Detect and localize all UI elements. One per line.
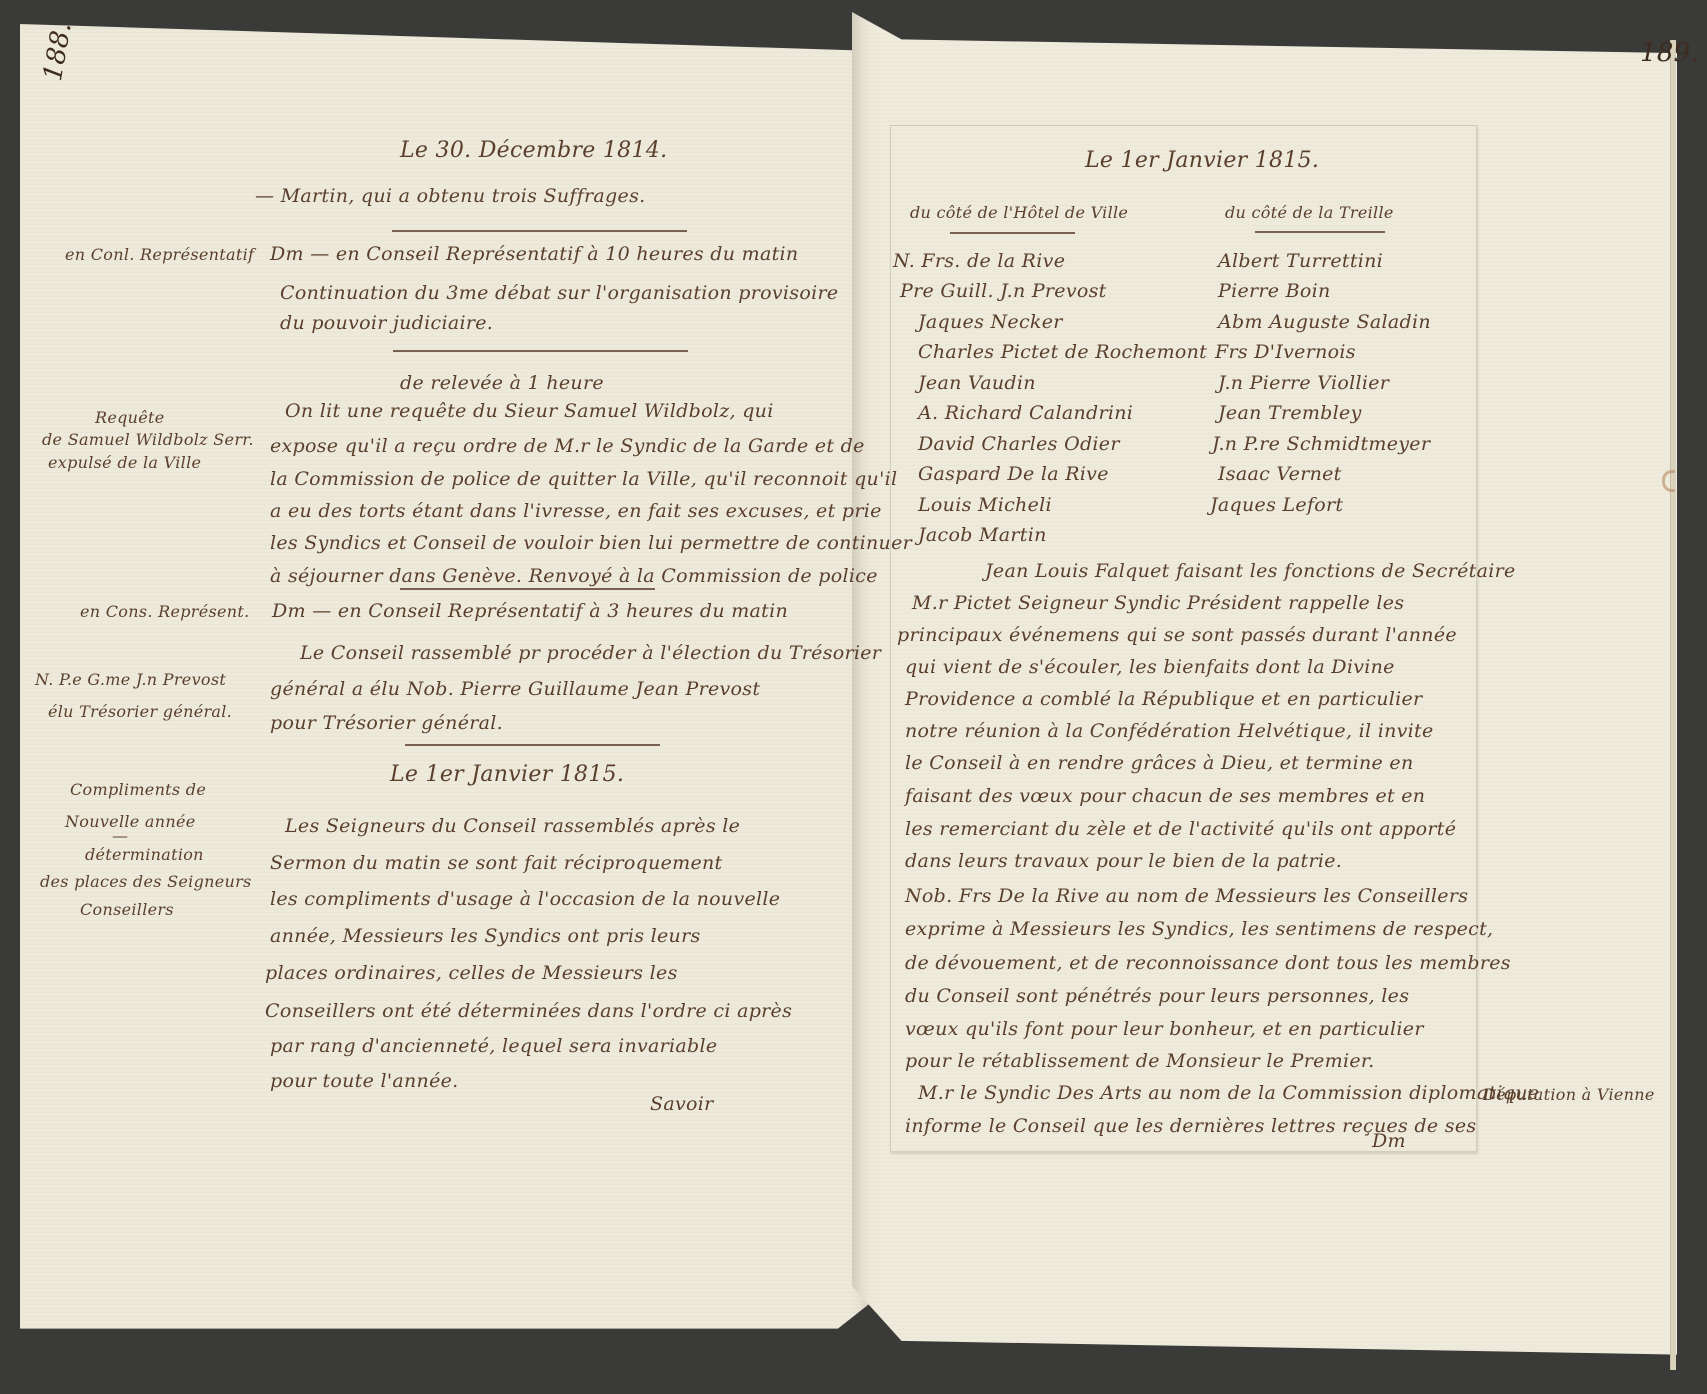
para-r2-line-1: Nob. Frs De la Rive au nom de Messieurs … [905, 885, 1468, 907]
name-entry: Jean Vaudin [918, 372, 1036, 394]
margin-note-prevost: N. P.e G.me J.n Prevost [35, 670, 226, 689]
name-entry: Louis Micheli [918, 494, 1052, 516]
catchword-right: Dm [1372, 1130, 1406, 1152]
name-entry: Jaques Necker [918, 311, 1063, 333]
name-entry: Charles Pictet de Rochemont [918, 341, 1207, 363]
para-3-head: Dm — en Conseil Représentatif à 3 heures… [272, 600, 788, 622]
para-2-line-6: à séjourner dans Genève. Renvoyé à la Co… [270, 565, 878, 587]
para-5-line-5: places ordinaires, celles de Messieurs l… [265, 962, 678, 984]
name-entry: David Charles Odier [918, 433, 1120, 455]
name-entry: A. Richard Calandrini [918, 402, 1133, 424]
para-r1-line-7: le Conseil à en rendre grâces à Dieu, et… [905, 752, 1414, 774]
divider [950, 232, 1075, 234]
column-header-hotel-de-ville: du côté de l'Hôtel de Ville [910, 203, 1128, 222]
para-5-line-3: les compliments d'usage à l'occasion de … [270, 888, 780, 910]
para-4-line-1: Le Conseil rassemblé pr procéder à l'éle… [300, 642, 881, 664]
para-5-line-4: année, Messieurs les Syndics ont pris le… [270, 925, 701, 947]
margin-note-requete: Requête [95, 408, 165, 427]
name-entry: Pre Guill. J.n Prevost [900, 280, 1107, 302]
date-heading-1-jan-1815-left: Le 1er Janvier 1815. [390, 762, 624, 787]
name-entry: Gaspard De la Rive [918, 463, 1109, 485]
para-r1-line-8: faisant des vœux pour chacun de ses memb… [905, 785, 1425, 807]
divider [392, 230, 687, 232]
para-r1-line-5: Providence a comblé la République et en … [905, 688, 1422, 710]
para-r2-line-3: de dévouement, et de reconnoissance dont… [905, 952, 1511, 974]
para-2-line-1: On lit une requête du Sieur Samuel Wildb… [285, 400, 774, 422]
page-number-right: 189. [1640, 38, 1699, 68]
para-r3-line-1: M.r le Syndic Des Arts au nom de la Comm… [918, 1082, 1539, 1104]
divider [393, 350, 688, 352]
para-r2-line-2: exprime à Messieurs les Syndics, les sen… [905, 918, 1493, 940]
page-edge [1670, 40, 1676, 1370]
name-entry: Jaques Lefort [1210, 494, 1343, 516]
para-5-line-6: Conseillers ont été déterminées dans l'o… [265, 1000, 792, 1022]
divider [405, 744, 660, 746]
name-entry: J.n P.re Schmidtmeyer [1212, 433, 1430, 455]
para-5-line-1: Les Seigneurs du Conseil rassemblés aprè… [285, 815, 740, 837]
para-r1-line-4: qui vient de s'écouler, les bienfaits do… [905, 656, 1395, 678]
wax-stain [1662, 470, 1675, 492]
para-1-line-1: Dm — en Conseil Représentatif à 10 heure… [270, 243, 798, 265]
name-entry: Abm Auguste Saladin [1218, 311, 1431, 333]
para-1-line-2: Continuation du 3me débat sur l'organisa… [280, 282, 838, 304]
subheading-relevee: de relevée à 1 heure [400, 372, 604, 394]
margin-note-conseil-representatif: en Conl. Représentatif [65, 245, 254, 264]
margin-note-deputation-vienne: Députation à Vienne [1483, 1085, 1655, 1104]
para-r1-line-10: dans leurs travaux pour le bien de la pa… [905, 850, 1342, 872]
para-2-line-2: expose qu'il a reçu ordre de M.r le Synd… [270, 435, 865, 457]
date-heading-1-jan-1815-right: Le 1er Janvier 1815. [1085, 148, 1319, 173]
margin-note-places: des places des Seigneurs [40, 872, 252, 891]
margin-note-conseil-rep-2: en Cons. Représent. [80, 602, 250, 621]
para-2-line-5: les Syndics et Conseil de vouloir bien l… [270, 532, 912, 554]
name-entry: Frs D'Ivernois [1215, 341, 1356, 363]
margin-note-determination: détermination [85, 845, 204, 864]
para-5-line-8: pour toute l'année. [270, 1070, 459, 1092]
divider [1255, 231, 1385, 233]
name-entry: N. Frs. de la Rive [893, 250, 1065, 272]
margin-note-conseillers: Conseillers [80, 900, 174, 919]
para-r2-line-6: pour le rétablissement de Monsieur le Pr… [905, 1050, 1375, 1072]
name-entry: Pierre Boin [1218, 280, 1331, 302]
name-entry: Isaac Vernet [1218, 463, 1342, 485]
margin-note-wildbolz: de Samuel Wildbolz Serr. [42, 430, 254, 449]
name-entry: Albert Turrettini [1218, 250, 1383, 272]
para-r1-line-2: M.r Pictet Seigneur Syndic Président rap… [912, 592, 1404, 614]
para-5-line-2: Sermon du matin se sont fait réciproquem… [270, 852, 723, 874]
margin-note-nouvelle-annee: Nouvelle année [65, 812, 196, 831]
margin-note-tresorier: élu Trésorier général. [48, 702, 232, 721]
para-2-line-3: la Commission de police de quitter la Vi… [270, 468, 897, 490]
margin-note-expulse: expulsé de la Ville [48, 453, 201, 472]
divider [400, 588, 655, 590]
para-r1-line-6: notre réunion à la Confédération Helvéti… [905, 720, 1434, 742]
margin-note-compliments: Compliments de [70, 780, 206, 799]
name-entry: Jean Trembley [1218, 402, 1362, 424]
para-r1-line-3: principaux événemens qui se sont passés … [897, 624, 1457, 646]
para-r2-line-5: vœux qu'ils font pour leur bonheur, et e… [905, 1018, 1424, 1040]
para-r1-line-9: les remerciant du zèle et de l'activité … [905, 818, 1456, 840]
column-header-treille: du côté de la Treille [1225, 203, 1394, 222]
para-4-line-2: général a élu Nob. Pierre Guillaume Jean… [270, 678, 760, 700]
para-r1-line-1: Jean Louis Falquet faisant les fonctions… [985, 560, 1516, 582]
name-entry: J.n Pierre Viollier [1218, 372, 1389, 394]
name-entry: Jacob Martin [918, 524, 1047, 546]
margin-note-dash: — [112, 826, 128, 845]
para-4-line-3: pour Trésorier général. [270, 712, 503, 734]
date-heading-30-dec-1814: Le 30. Décembre 1814. [400, 138, 667, 163]
para-2-line-4: a eu des torts étant dans l'ivresse, en … [270, 500, 882, 522]
para-1-line-3: du pouvoir judiciaire. [280, 312, 493, 334]
martin-line: — Martin, qui a obtenu trois Suffrages. [255, 185, 645, 207]
catchword-left: Savoir [650, 1093, 713, 1115]
para-5-line-7: par rang d'ancienneté, lequel sera invar… [270, 1035, 717, 1057]
para-r2-line-4: du Conseil sont pénétrés pour leurs pers… [905, 985, 1409, 1007]
